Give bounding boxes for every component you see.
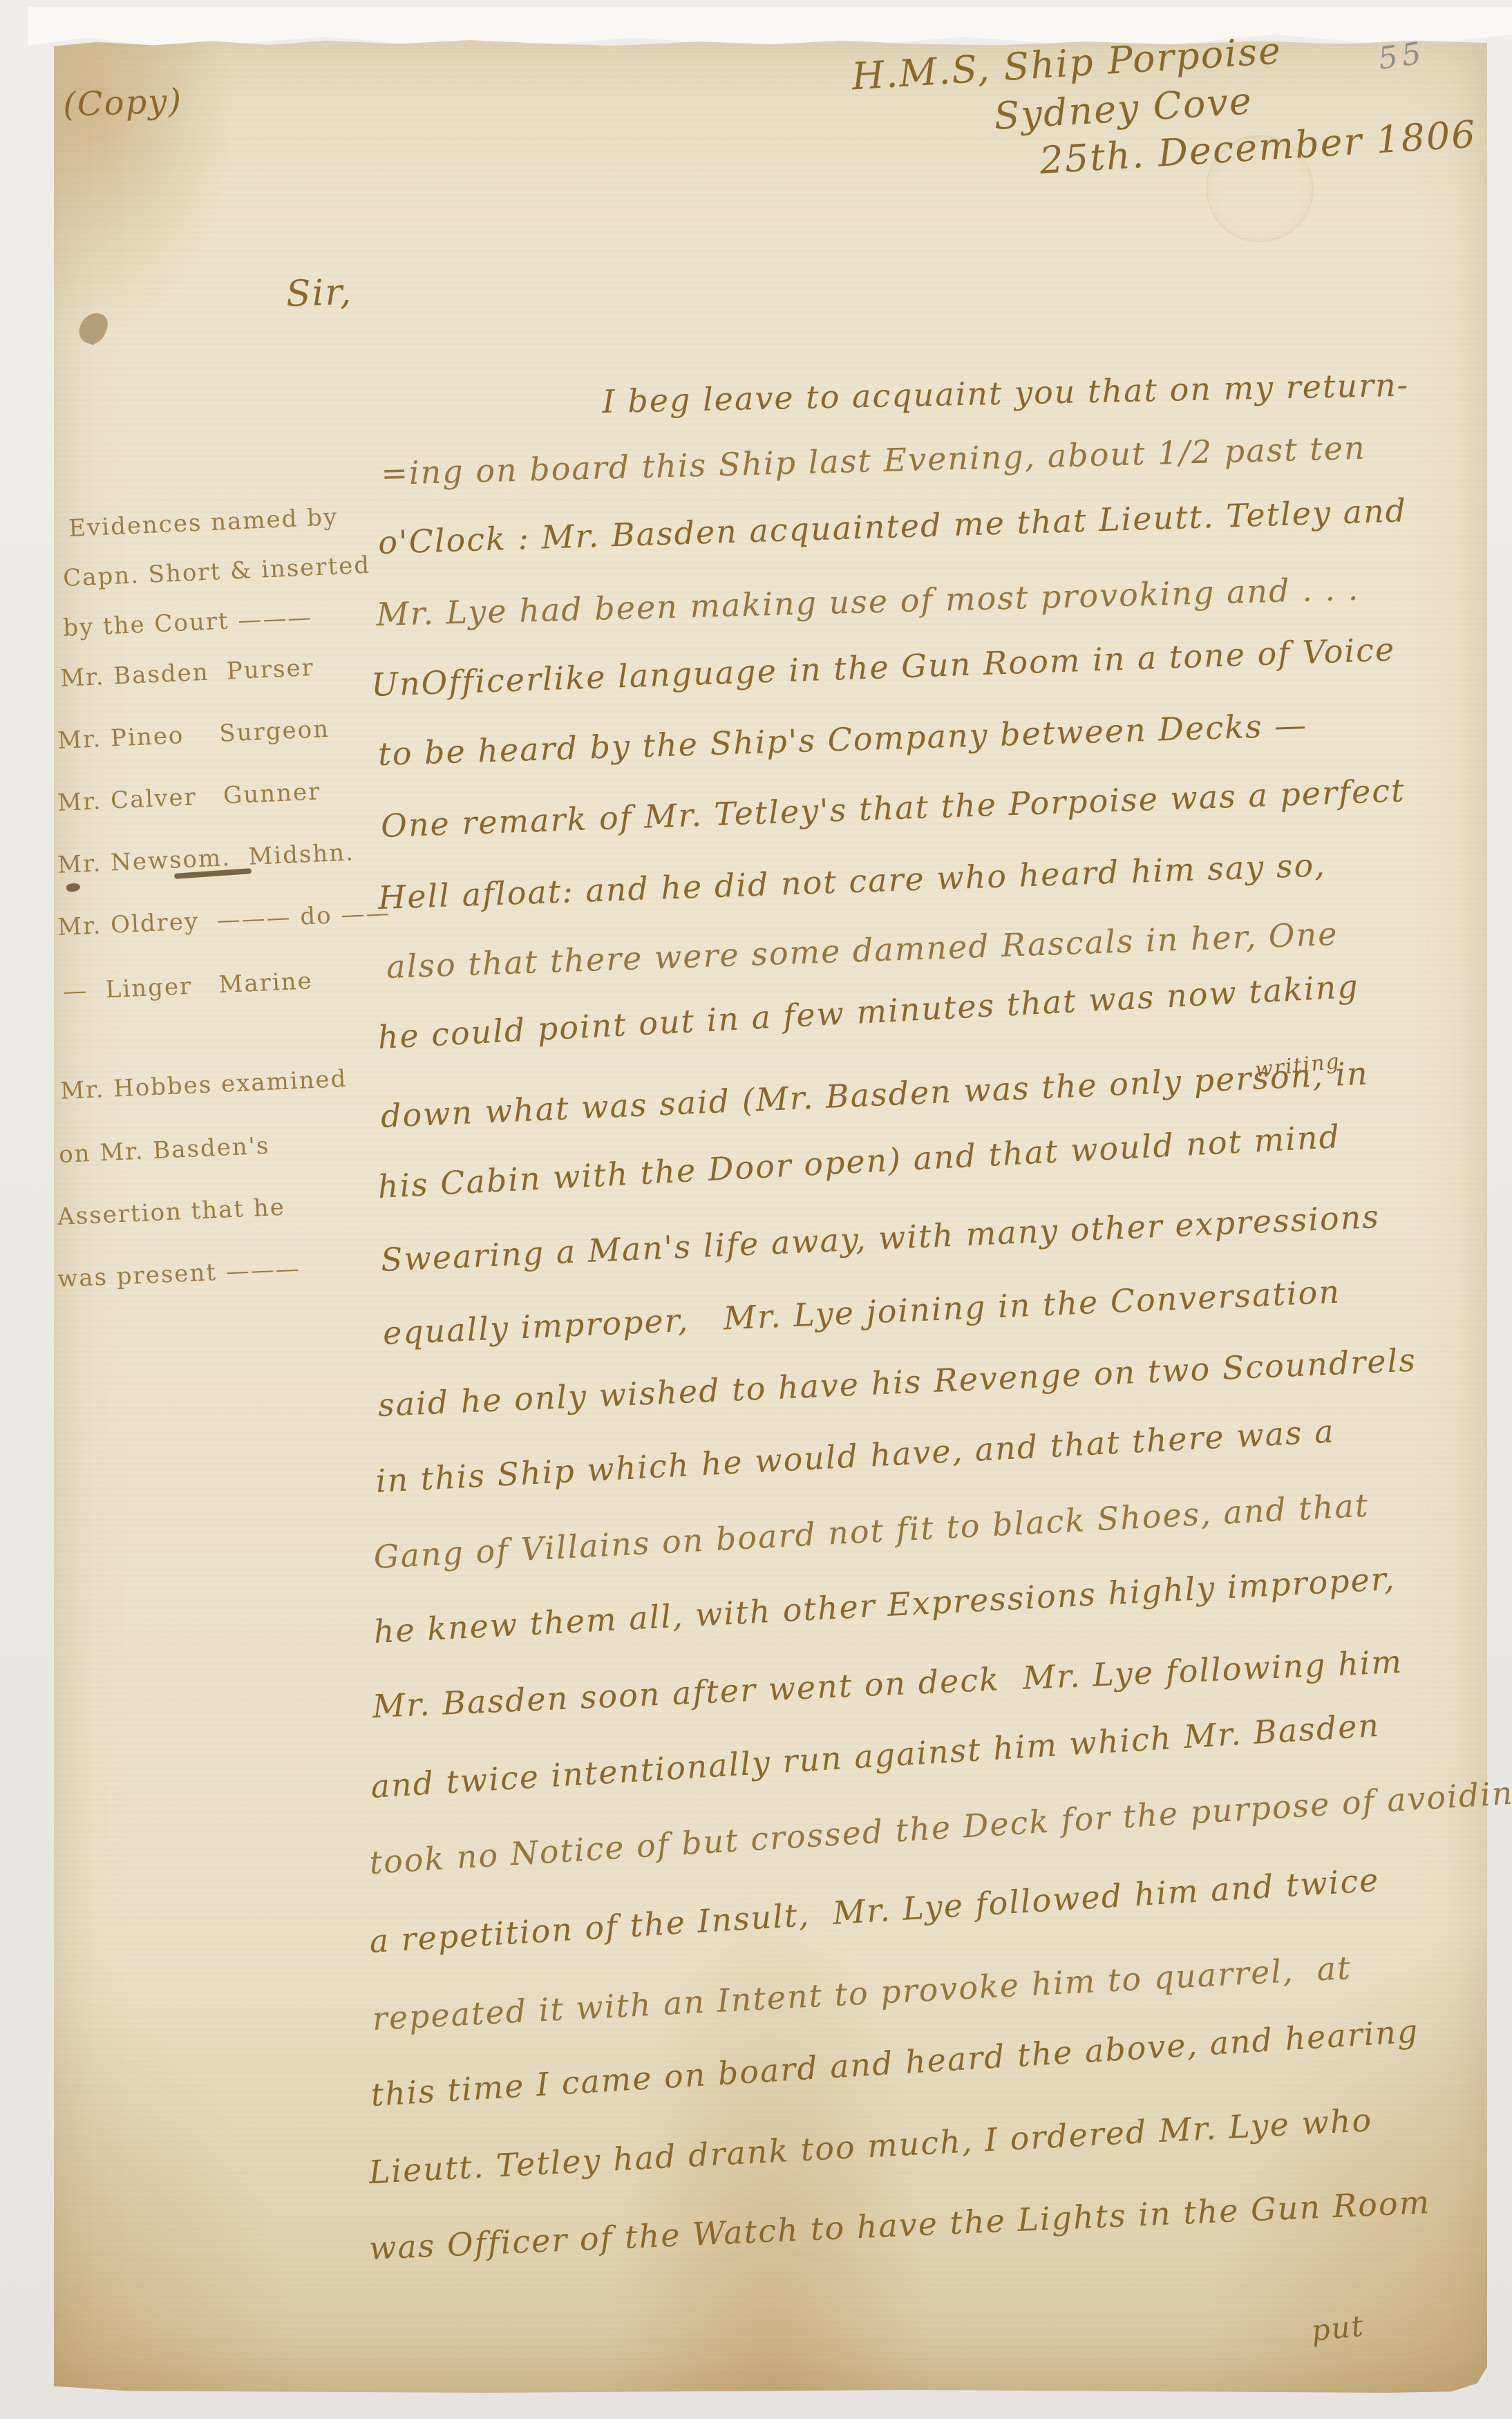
- catchword: put: [1310, 2311, 1366, 2346]
- salutation: Sir,: [285, 274, 353, 312]
- scanned-letter-page: (Copy) 55 H.M.S, Ship Porpoise Sydney Co…: [0, 0, 1512, 2419]
- copy-label: (Copy): [62, 84, 182, 122]
